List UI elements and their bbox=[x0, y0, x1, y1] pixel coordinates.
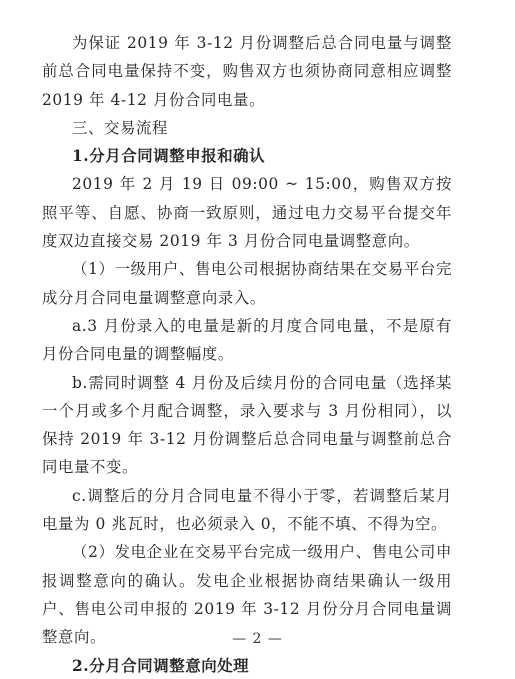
paragraph-item-b: b.需同时调整 4 月份及后续月份的合同电量（选择某一个月或多个月配合调整，录入… bbox=[42, 369, 452, 482]
paragraph-item-a: a.3 月份录入的电量是新的月度合同电量，不是原有月份合同电量的调整幅度。 bbox=[42, 312, 452, 369]
subheading-monthly-adjustment-declaration: 1.分月合同调整申报和确认 bbox=[42, 142, 452, 170]
document-page: 为保证 2019 年 3-12 月份调整后总合同电量与调整前总合同电量保持不变，… bbox=[0, 0, 515, 679]
page-number: — 2 — bbox=[0, 631, 515, 647]
paragraph-item-c: c.调整后的分月合同电量不得小于零，若调整后某月电量为 0 兆瓦时，也必须录入 … bbox=[42, 482, 452, 539]
subheading-adjustment-processing: 2.分月合同调整意向处理 bbox=[42, 652, 452, 679]
paragraph-intro: 为保证 2019 年 3-12 月份调整后总合同电量与调整前总合同电量保持不变，… bbox=[42, 29, 452, 114]
document-body: 为保证 2019 年 3-12 月份调整后总合同电量与调整前总合同电量保持不变，… bbox=[42, 29, 452, 679]
section-heading-trading-process: 三、交易流程 bbox=[42, 114, 452, 142]
paragraph-item-1: （1）一级用户、售电公司根据协商结果在交易平台完成分月合同电量调整意向录入。 bbox=[42, 255, 452, 312]
paragraph-schedule: 2019 年 2 月 19 日 09:00 ~ 15:00，购售双方按照平等、自… bbox=[42, 170, 452, 255]
